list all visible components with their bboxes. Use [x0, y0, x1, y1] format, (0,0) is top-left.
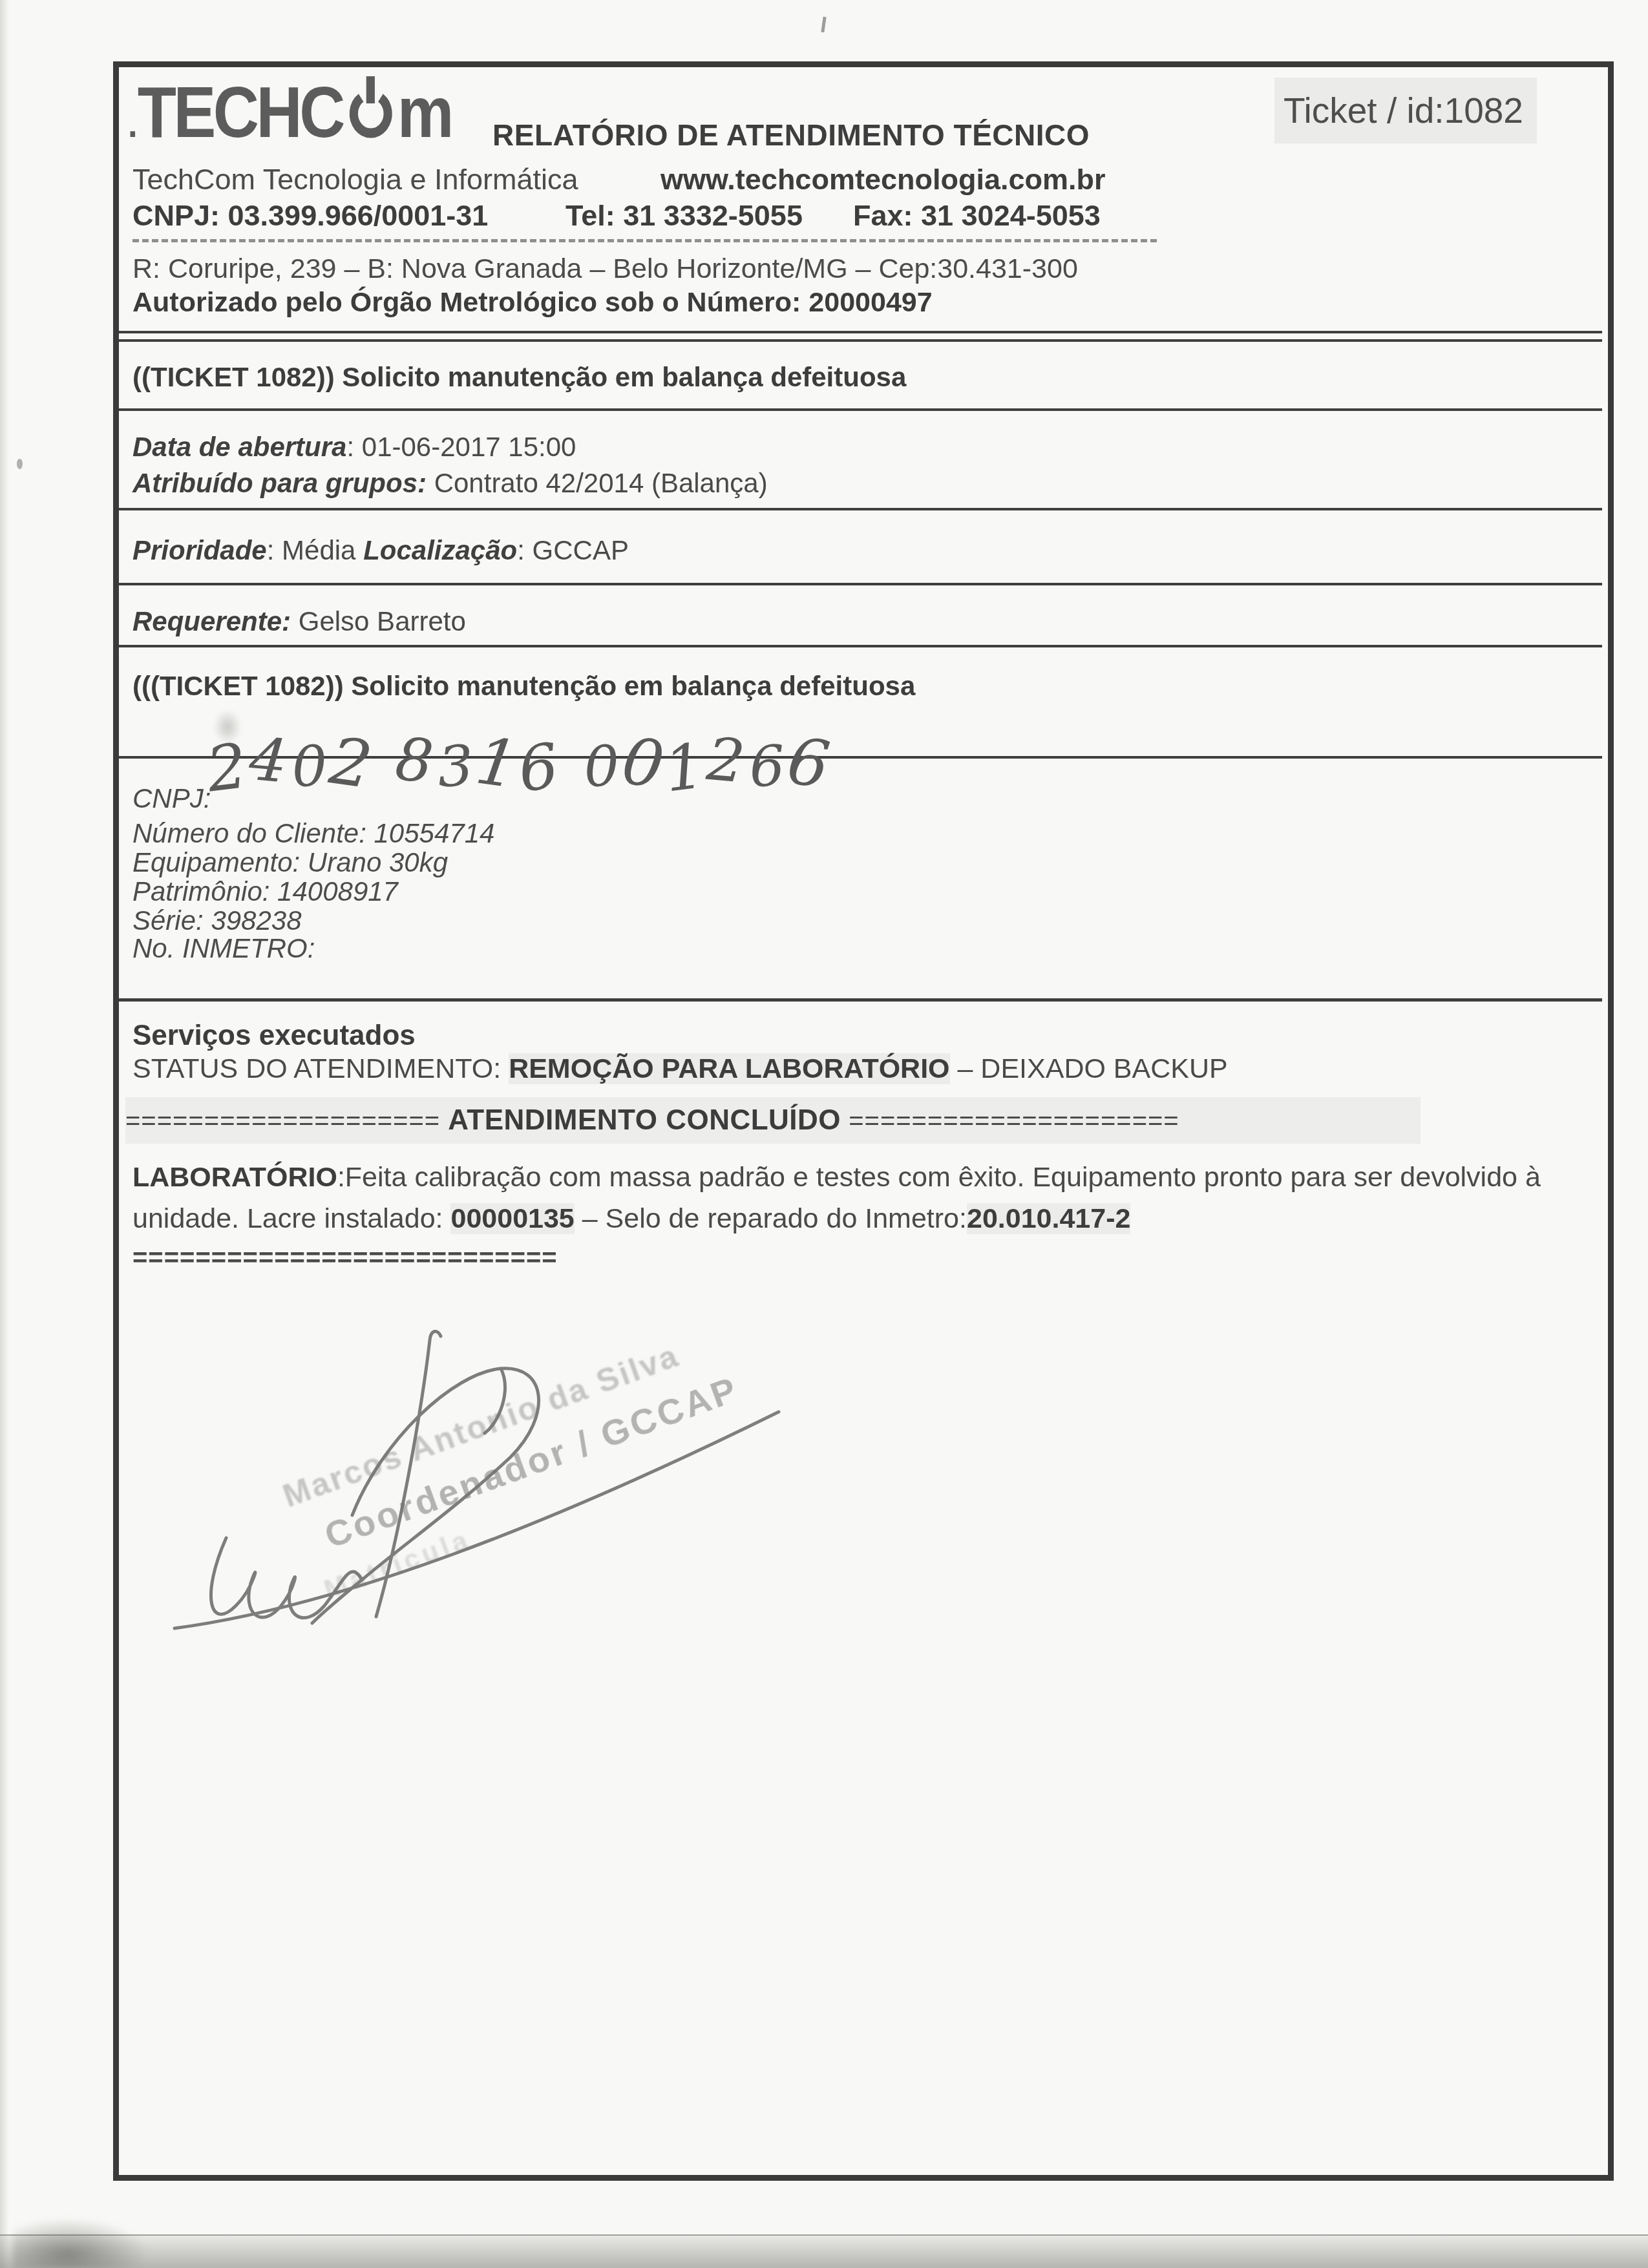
company-address: R: Coruripe, 239 – B: Nova Granada – Bel…	[132, 253, 1078, 285]
scan-artifact-bottom-band	[0, 2234, 1648, 2268]
priority-value: : Média	[267, 535, 363, 565]
services-heading: Serviços executados	[132, 1020, 416, 1052]
section-divider	[119, 508, 1602, 510]
groups-row: Atribuído para grupos: Contrato 42/2014 …	[132, 468, 768, 499]
section-divider	[119, 645, 1602, 647]
techcom-logo: .TECHCm	[128, 76, 451, 141]
client-number: Número do Cliente: 10554714	[132, 818, 494, 849]
metrology-authorization: Autorizado pelo Órgão Metrológico sob o …	[132, 287, 933, 319]
logo-text-left: TECHC	[138, 72, 343, 152]
section-divider	[119, 408, 1602, 411]
scanned-service-report: .TECHCm RELATÓRIO DE ATENDIMENTO TÉCNICO…	[0, 0, 1648, 2268]
ticket-summary-1: ((TICKET 1082)) Solicito manutenção em b…	[132, 362, 906, 393]
section-divider	[119, 583, 1602, 585]
lab-inmetro-seal: 20.010.417-2	[967, 1203, 1130, 1234]
requester-label: Requerente:	[132, 606, 291, 636]
equipment-cnpj-label: CNPJ:	[132, 783, 211, 814]
company-cnpj: CNPJ: 03.399.966/0001-31	[132, 199, 488, 232]
status-label: STATUS DO ATENDIMENTO:	[132, 1053, 509, 1084]
scan-artifact-speck	[17, 459, 23, 469]
inmetro-number: No. INMETRO:	[132, 933, 315, 964]
company-tel: Tel: 31 3332-5055	[565, 199, 803, 233]
equals-footer: ===========================	[132, 1244, 558, 1273]
concluded-banner: ==================== ATENDIMENTO CONCLUÍ…	[125, 1097, 1421, 1144]
scan-artifact-speck	[821, 17, 826, 32]
priority-row: Prioridade: Média Localização: GCCAP	[132, 535, 629, 566]
company-row: TechCom Tecnologia e Informática www.tec…	[132, 163, 578, 196]
requester-row: Requerente: Gelso Barreto	[132, 606, 466, 637]
concluded-equals-left: ====================	[125, 1107, 448, 1135]
lab-seal-number: 00000135	[450, 1203, 574, 1234]
company-fax: Fax: 31 3024-5053	[853, 199, 1101, 233]
section-divider-double	[119, 331, 1602, 342]
open-date-label: Data de abertura	[132, 432, 346, 462]
status-row: STATUS DO ATENDIMENTO: REMOÇÃO PARA LABO…	[132, 1053, 1228, 1085]
location-label: Localização	[363, 535, 517, 565]
open-date-value: : 01-06-2017 15:00	[346, 432, 576, 462]
status-suffix: – DEIXADO BACKUP	[950, 1053, 1228, 1084]
logo-text-right: m	[397, 72, 451, 152]
lab-text-2: – Selo de reparado do Inmetro:	[575, 1203, 967, 1234]
company-contacts-row: CNPJ: 03.399.966/0001-31 Tel: 31 3332-50…	[132, 199, 488, 233]
logo-dot: .	[128, 102, 138, 145]
groups-label: Atribuído para grupos:	[132, 468, 427, 498]
groups-value: Contrato 42/2014 (Balança)	[427, 468, 768, 498]
concluded-equals-right: =====================	[841, 1107, 1179, 1135]
ticket-summary-2: (((TICKET 1082)) Solicito manutenção em …	[132, 671, 915, 702]
asset-number: Patrimônio: 14008917	[132, 876, 398, 907]
company-website: www.techcomtecnologia.com.br	[660, 163, 1105, 196]
location-value: : GCCAP	[517, 535, 629, 565]
concluded-text: ATENDIMENTO CONCLUÍDO	[448, 1104, 841, 1136]
status-value: REMOÇÃO PARA LABORATÓRIO	[509, 1053, 949, 1084]
lab-label: LABORATÓRIO	[132, 1162, 337, 1193]
ticket-id-badge: Ticket / id:1082	[1274, 78, 1537, 143]
section-divider-strong	[119, 998, 1602, 1002]
equipment-name: Equipamento: Urano 30kg	[132, 847, 448, 878]
requester-value: Gelso Barreto	[291, 606, 466, 636]
priority-label: Prioridade	[132, 535, 267, 565]
scan-artifact-corner-smudge	[13, 2218, 149, 2268]
serial-number: Série: 398238	[132, 905, 302, 936]
report-title: RELATÓRIO DE ATENDIMENTO TÉCNICO	[492, 118, 1090, 152]
scan-artifact-left-edge	[0, 0, 9, 2268]
cnpj-handwritten: 2402 8316 001266	[207, 729, 830, 801]
lab-paragraph: LABORATÓRIO:Feita calibração com massa p…	[132, 1157, 1583, 1239]
power-icon	[347, 76, 395, 141]
company-name: TechCom Tecnologia e Informática	[132, 163, 578, 196]
header-dashed-divider	[132, 239, 1157, 242]
open-date-row: Data de abertura: 01-06-2017 15:00	[132, 432, 576, 463]
